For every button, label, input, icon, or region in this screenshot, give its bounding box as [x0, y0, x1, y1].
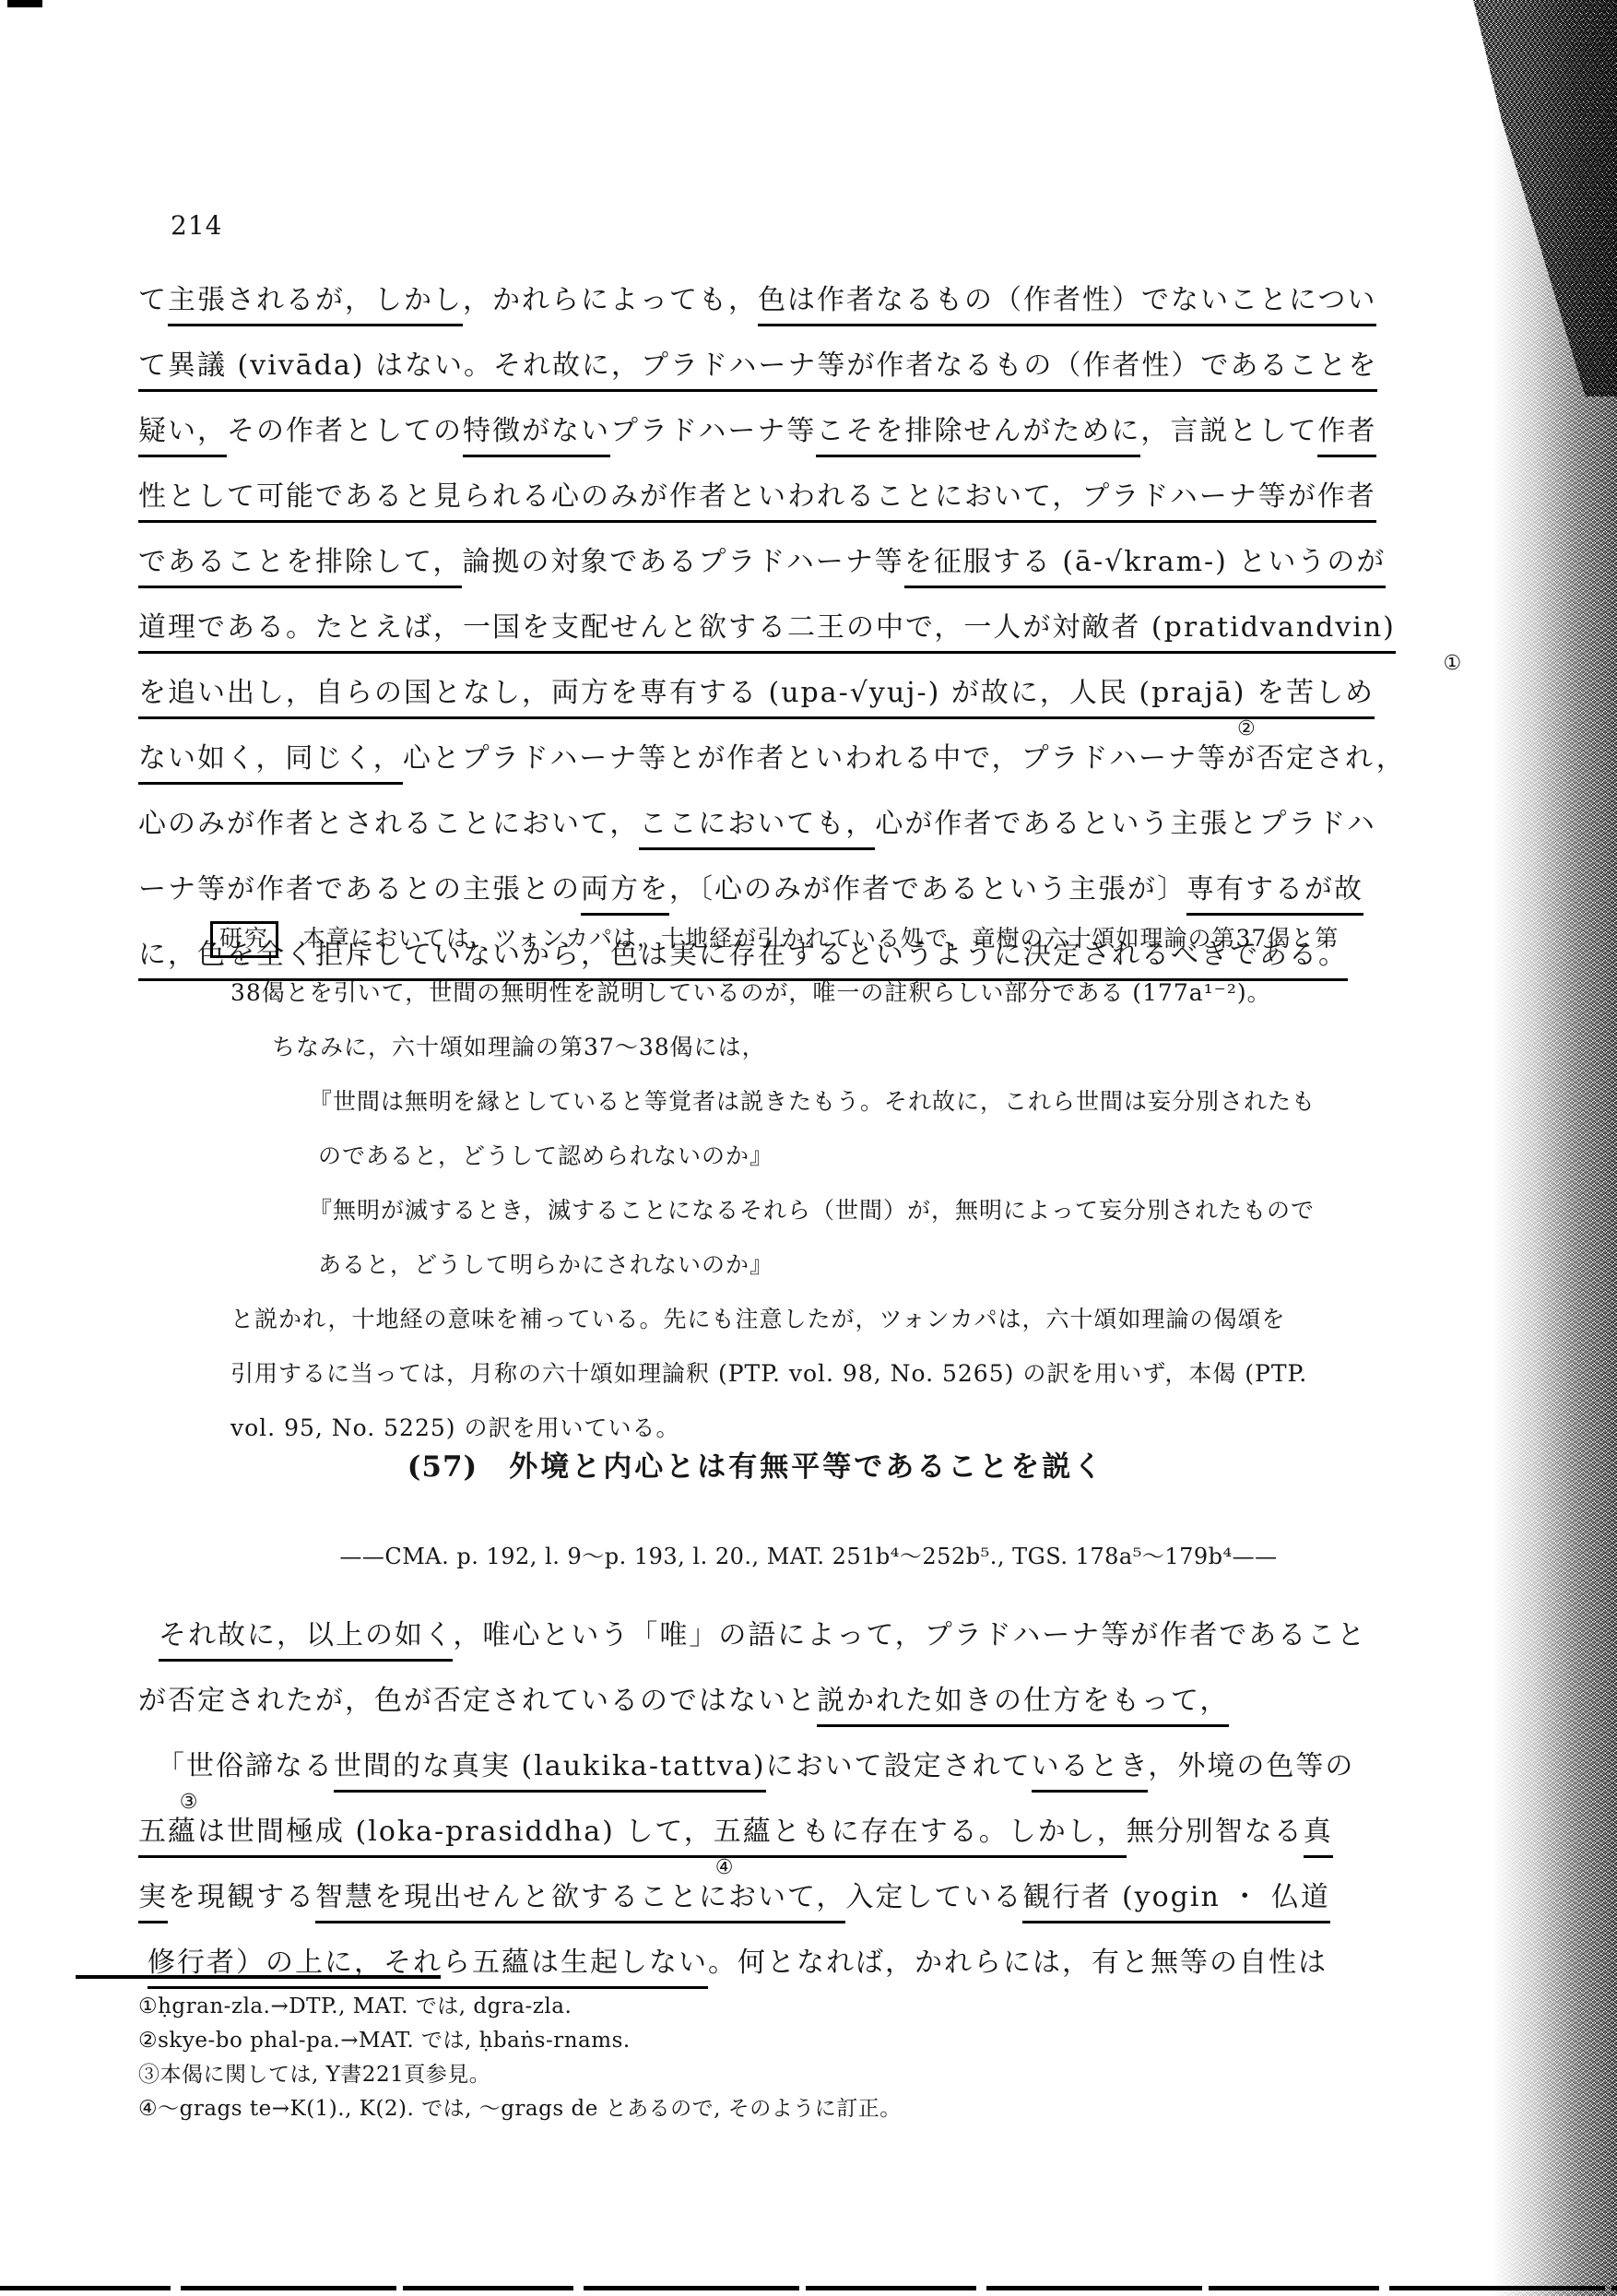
text-line: 38偈とを引いて，世間の無明性を説明しているのが，唯一の註釈らしい部分である (… [138, 972, 1512, 1026]
underlined-text: て異議 (vivāda) はない。それ故に，プラドハーナ等が作者なるもの（作者性… [138, 349, 1377, 392]
section-number: (57) [407, 1450, 478, 1484]
underlined-text: を追い出し，自らの国となし，両方を専有する (upa-√yuj-) が故に，人民… [138, 677, 1375, 719]
underlined-text: 実 [138, 1881, 168, 1923]
text-line: 実を現観する智慧を現出せんと欲することにおいて，入定している観行者 (yogin… [138, 1874, 1512, 1939]
underlined-text: 真 [1304, 1816, 1333, 1858]
text-line: ない如く，同じく，心とプラドハーナ等とが作者といわれる中で，プラドハーナ等が否定… [138, 735, 1512, 800]
plain-text: プラドハーナ等 [610, 415, 816, 447]
text-line: それ故に，以上の如く，唯心という「唯」の語によって，プラドハーナ等が作者であるこ… [138, 1612, 1512, 1677]
underlined-text: は生起しない [531, 1947, 708, 1989]
underlined-text: ない如く，同じく， [138, 742, 403, 785]
plain-text: 本章においては，ツォンカパは，十地経が引かれている処で，竜樹の六十頌如理論の第3… [302, 925, 1339, 952]
plain-text: が否定されたが，色が否定されているのではないと [138, 1685, 817, 1717]
underlined-text: 疑い， [138, 415, 227, 457]
plain-text: のであると，どうして認められないのか』 [318, 1142, 773, 1169]
underlined-text: 修行者）の上に，それら五蘊 [148, 1947, 531, 1989]
underlined-text: 性として可能であると見られる心のみが作者といわれることにおいて，プラドハーナ等が… [138, 480, 1376, 523]
research-box-label: 研究 [210, 921, 278, 958]
plain-text: 心が作者であるという主張とプラドハ [875, 808, 1375, 840]
scan-speck [7, 0, 42, 7]
text-line: 「世俗諦なる世間的な真実 (laukika-tattva)において設定されている… [138, 1743, 1512, 1808]
footnote-separator-rule [76, 1975, 441, 1979]
text-line: を追い出し，自らの国となし，両方を専有する (upa-√yuj-) が故に，人民… [138, 669, 1512, 735]
plain-text: ，言説として [1140, 415, 1317, 447]
underlined-text: 世間的な真実 (laukika-tattva) [334, 1750, 766, 1793]
plain-text: ちなみに，六十頌如理論の第37～38偈には， [272, 1034, 766, 1060]
plain-text: ②skye-bo phal-pa.→MAT. では, ḥbaṅs-rnams. [138, 2029, 631, 2053]
underlined-text: 説かれた如きの仕方をもって， [817, 1685, 1229, 1727]
plain-text: 引用するに当っては，月称の六十頌如理論釈 (PTP. vol. 98, No. … [230, 1360, 1307, 1387]
plain-text: ③本偈に関しては, Y書221頁参見。 [138, 2063, 490, 2087]
plain-text: 『無明が滅するとき，滅することになるそれら（世間）が，無明によって妄分別されたも… [309, 1197, 1315, 1224]
underlined-text: 作者 [1317, 415, 1376, 457]
text-line: 引用するに当っては，月称の六十頌如理論釈 (PTP. vol. 98, No. … [138, 1353, 1512, 1407]
underlined-text: 専有するが故 [1186, 873, 1363, 916]
plain-text: vol. 95, No. 5225) の訳を用いている。 [230, 1414, 679, 1441]
text-line: のであると，どうして認められないのか』 [138, 1135, 1512, 1189]
plain-text: を現観する [168, 1881, 315, 1913]
text-line: 道理である。たとえば，一国を支配せんと欲する二王の中で，一人が対敵者 (prat… [138, 604, 1512, 669]
page-number: 214 [171, 210, 222, 241]
underlined-text: ここにおいても， [639, 808, 875, 850]
plain-text: ，唯心という「唯」の語によって，プラドハーナ等が作者であること [453, 1619, 1366, 1651]
text-line: が否定されたが，色が否定されているのではないと説かれた如きの仕方をもって， [138, 1677, 1512, 1743]
main-paragraph-2: それ故に，以上の如く，唯心という「唯」の語によって，プラドハーナ等が作者であるこ… [138, 1612, 1512, 2005]
text-line: 研究本章においては，ツォンカパは，十地経が引かれている処で，竜樹の六十頌如理論の… [138, 917, 1512, 972]
text-line: 五蘊は世間極成 (loka-prasiddha) して，五蘊ともに存在する。しか… [138, 1808, 1512, 1874]
text-line: て主張されるが，しかし，かれらによっても，色は作者なるもの（作者性）でないことに… [138, 277, 1512, 342]
plain-text: ④～grags te→K(1)., K(2). では, ～grags de とあ… [138, 2097, 902, 2121]
plain-text: 38偈とを引いて，世間の無明性を説明しているのが，唯一の註釈らしい部分である (… [230, 979, 1271, 1006]
plain-text: と説かれ，十地経の意味を補っている。先にも注意したが，ツォンカパは，六十頌如理論… [230, 1306, 1286, 1332]
underlined-text: を征服する (ā-√kram-) というのが [904, 546, 1387, 588]
plain-text: 無分別智なる [1127, 1816, 1304, 1848]
text-line: ②skye-bo phal-pa.→MAT. では, ḥbaṅs-rnams. [138, 2026, 1429, 2060]
underlined-text: 智慧を現出せんと欲することにおいて， [315, 1881, 845, 1923]
plain-text: ，外境の色等の [1148, 1750, 1354, 1782]
main-paragraph-1: て主張されるが，しかし，かれらによっても，色は作者なるもの（作者性）でないことに… [138, 277, 1512, 997]
underlined-text: それ故に，以上の如く [159, 1619, 453, 1662]
underlined-text: であることを排除して， [138, 546, 462, 588]
text-line: ①ḥgran-zla.→DTP., MAT. では, dgra-zla. [138, 1992, 1429, 2026]
text-line: ちなみに，六十頌如理論の第37～38偈には， [138, 1026, 1512, 1081]
underlined-text: 道理である。たとえば，一国を支配せんと欲する二王の中で，一人が対敵者 (prat… [138, 611, 1396, 654]
underlined-text: 観行者 (yogin ・ 仏道 [1022, 1881, 1329, 1923]
underlined-text: 色は作者なるもの（作者性）でないことについ [758, 284, 1376, 326]
plain-text: ，かれらによっても， [463, 284, 758, 316]
plain-text: において設定されて [766, 1750, 1032, 1782]
plain-text: ，〔心のみが作者であるという主張が〕 [669, 873, 1186, 905]
plain-text: 『世間は無明を縁としていると等覚者は説きたもう。それ故に，これら世間は妄分別され… [309, 1088, 1316, 1115]
plain-text: 「世俗諦なる [157, 1750, 334, 1782]
underlined-text: 主張されるが，しかし [168, 284, 463, 326]
text-line: 心のみが作者とされることにおいて，ここにおいても，心が作者であるという主張とプラ… [138, 800, 1512, 866]
underlined-text: 両方を [581, 873, 669, 916]
section-title: 外境と内心とは有無平等であることを説く [509, 1450, 1104, 1484]
scan-artifact-bottom-line [0, 2286, 1617, 2290]
text-line: と説かれ，十地経の意味を補っている。先にも注意したが，ツォンカパは，六十頌如理論… [138, 1298, 1512, 1353]
scanned-document-page: 214 て主張されるが，しかし，かれらによっても，色は作者なるもの（作者性）でな… [0, 0, 1617, 2296]
plain-text: あると，どうして明らかにされないのか』 [318, 1251, 773, 1278]
plain-text: 。何となれば，かれらには，有と無等の自性は [708, 1947, 1328, 1979]
underlined-text: こそを排除せんがために [816, 415, 1140, 457]
text-line: ④～grags te→K(1)., K(2). では, ～grags de とあ… [138, 2094, 1429, 2128]
citation-line: ——CMA. p. 192, l. 9～p. 193, l. 20., MAT.… [0, 1538, 1617, 1570]
section-heading: (57)外境と内心とは有無平等であることを説く [0, 1443, 1512, 1485]
text-line: 疑い，その作者としての特徴がないプラドハーナ等こそを排除せんがために，言説として… [138, 408, 1512, 473]
footnotes-block: ①ḥgran-zla.→DTP., MAT. では, dgra-zla.②sky… [138, 1992, 1429, 2128]
text-line: であることを排除して，論拠の対象であるプラドハーナ等を征服する (ā-√kram… [138, 538, 1512, 604]
plain-text: 論拠の対象であるプラドハーナ等 [462, 546, 903, 578]
text-line: て異議 (vivāda) はない。それ故に，プラドハーナ等が作者なるもの（作者性… [138, 342, 1512, 408]
underlined-text: 特徴がない [463, 415, 610, 457]
underlined-text: ともに存在する。しかし， [773, 1816, 1127, 1858]
plain-text: 入定している [845, 1881, 1022, 1913]
underlined-text: 五蘊は世間極成 (loka-prasiddha) して，五蘊 [138, 1816, 773, 1858]
text-line: 『無明が滅するとき，滅することになるそれら（世間）が，無明によって妄分別されたも… [138, 1189, 1512, 1244]
text-line: 性として可能であると見られる心のみが作者といわれることにおいて，プラドハーナ等が… [138, 473, 1512, 538]
plain-text: て [138, 284, 168, 316]
underlined-text: いるとき [1032, 1750, 1149, 1793]
plain-text: 心とプラドハーナ等とが作者といわれる中で，プラドハーナ等が否定され， [403, 742, 1406, 775]
plain-text: ①ḥgran-zla.→DTP., MAT. では, dgra-zla. [138, 1994, 572, 2018]
research-note-section: 研究本章においては，ツォンカパは，十地経が引かれている処で，竜樹の六十頌如理論の… [138, 917, 1512, 1462]
text-line: ③本偈に関しては, Y書221頁参見。 [138, 2060, 1429, 2094]
plain-text: 心のみが作者とされることにおいて， [138, 808, 639, 840]
plain-text: その作者としての [227, 415, 463, 447]
text-line: 『世間は無明を縁としていると等覚者は説きたもう。それ故に，これら世間は妄分別され… [138, 1081, 1512, 1135]
text-line: あると，どうして明らかにされないのか』 [138, 1244, 1512, 1298]
plain-text: ーナ等が作者であるとの主張との [138, 873, 581, 905]
